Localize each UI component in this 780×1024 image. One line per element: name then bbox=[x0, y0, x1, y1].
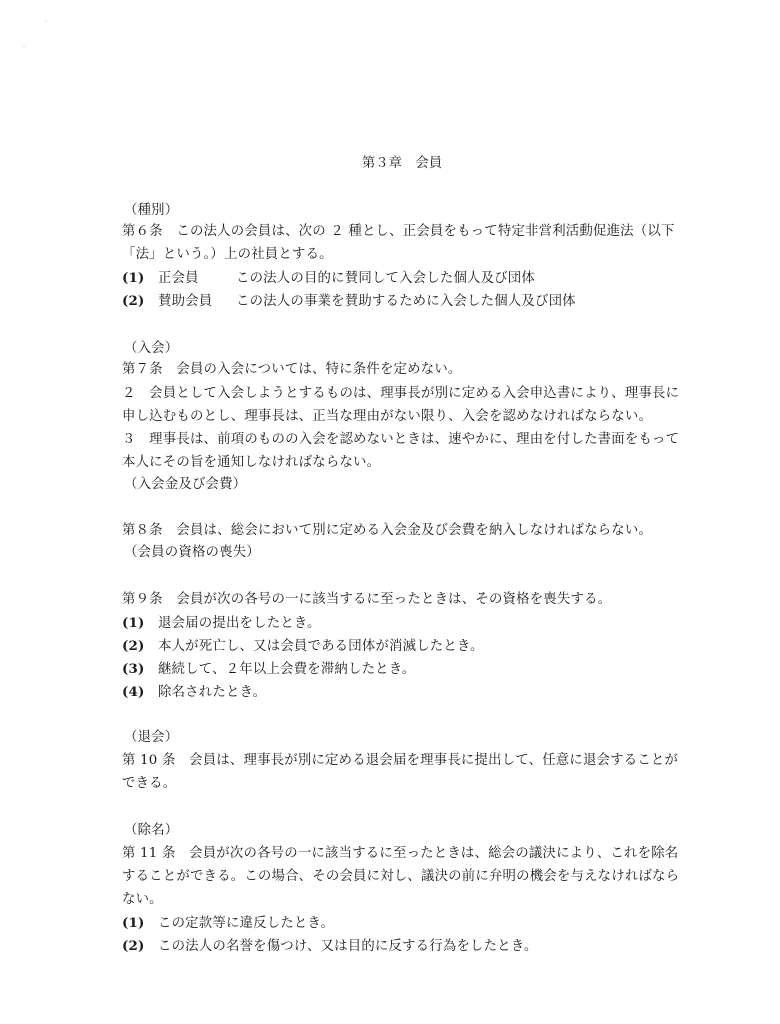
art6-item-1: (1)正会員この法人の目的に賛同して入会した個人及び団体 bbox=[122, 268, 535, 289]
art11-line2: することができる。この場合、その会員に対し、議決の前に弁明の機会を与えなければな… bbox=[122, 867, 679, 887]
item-text: 退会届の提出をしたとき。 bbox=[158, 616, 321, 631]
art9-heading: （会員の資格の喪失） bbox=[124, 543, 260, 563]
item-number: (2) bbox=[122, 636, 158, 656]
art11-line3: ない。 bbox=[122, 890, 163, 910]
item-text: この法人の事業を賛助するために入会した個人及び団体 bbox=[236, 294, 576, 309]
art9-item-1: (1)退会届の提出をしたとき。 bbox=[122, 613, 321, 634]
item-number: (2) bbox=[122, 291, 158, 311]
document-page: 第３章 会員 （種別） 第６条 この法人の会員は、次の ２ 種とし、正会員をもっ… bbox=[0, 0, 780, 1024]
item-number: (4) bbox=[122, 682, 158, 702]
art7-line4: ３ 理事長は、前項のものの入会を認めないときは、速やかに、理由を付した書面をもっ… bbox=[122, 430, 679, 450]
art6-line2: 「法」という。）上の社員とする。 bbox=[122, 245, 333, 265]
art6-line1: 第６条 この法人の会員は、次の ２ 種とし、正会員をもって特定非営利活動促進法（… bbox=[122, 222, 675, 242]
art9-item-4: (4)除名されたとき。 bbox=[122, 682, 266, 703]
art7-line5: 本人にその旨を通知しなければならない。 bbox=[122, 453, 380, 473]
art8-line1: 第８条 会員は、総会において別に定める入会金及び会費を納入しなければならない。 bbox=[122, 521, 652, 541]
art11-line1: 第 11 条 会員が次の各号の一に該当するに至ったときは、総会の議決により、これ… bbox=[122, 844, 678, 864]
item-number: (3) bbox=[122, 659, 158, 679]
art10-line1: 第 10 条 会員は、理事長が別に定める退会届を理事長に提出して、任意に退会する… bbox=[122, 751, 678, 771]
art9-item-2: (2)本人が死亡し、又は会員である団体が消滅したとき。 bbox=[122, 636, 484, 657]
item-text: この法人の名誉を傷つけ、又は目的に反する行為をしたとき。 bbox=[158, 939, 537, 954]
chapter-title: 第３章 会員 bbox=[0, 152, 780, 171]
art6-heading: （種別） bbox=[124, 201, 178, 221]
art7-line2: ２ 会員として入会しようとするものは、理事長が別に定める入会申込書により、理事長… bbox=[122, 384, 679, 404]
art11-heading: （除名） bbox=[124, 821, 178, 841]
art10-heading: （退会） bbox=[124, 728, 178, 748]
scan-speck bbox=[23, 45, 25, 47]
art7-line3: 申し込むものとし、理事長は、正当な理由がない限り、入会を認めなければならない。 bbox=[122, 407, 652, 427]
item-label: 賛助会員 bbox=[158, 292, 236, 312]
item-number: (2) bbox=[122, 936, 158, 956]
art11-item-1: (1)この定款等に違反したとき。 bbox=[122, 913, 334, 934]
art8-heading: （入会金及び会費） bbox=[124, 475, 246, 495]
item-text: 除名されたとき。 bbox=[158, 685, 266, 700]
item-text: 本人が死亡し、又は会員である団体が消滅したとき。 bbox=[158, 639, 484, 654]
art7-line1: 第７条 会員の入会については、特に条件を定めない。 bbox=[122, 360, 462, 380]
item-text: 継続して、２年以上会費を滞納したとき。 bbox=[158, 662, 415, 677]
item-number: (1) bbox=[122, 268, 158, 288]
item-number: (1) bbox=[122, 613, 158, 633]
art10-line2: できる。 bbox=[122, 774, 176, 794]
item-label: 正会員 bbox=[158, 269, 236, 289]
item-number: (1) bbox=[122, 913, 158, 933]
art7-heading: （入会） bbox=[124, 339, 178, 359]
art9-item-3: (3)継続して、２年以上会費を滞納したとき。 bbox=[122, 659, 415, 680]
item-text: この定款等に違反したとき。 bbox=[158, 916, 334, 931]
art6-item-2: (2)賛助会員この法人の事業を賛助するために入会した個人及び団体 bbox=[122, 291, 576, 312]
item-text: この法人の目的に賛同して入会した個人及び団体 bbox=[236, 271, 535, 286]
art11-item-2: (2)この法人の名誉を傷つけ、又は目的に反する行為をしたとき。 bbox=[122, 936, 537, 957]
scan-speck bbox=[45, 20, 47, 22]
art9-line1: 第９条 会員が次の各号の一に該当するに至ったときは、その資格を喪失する。 bbox=[122, 590, 611, 610]
